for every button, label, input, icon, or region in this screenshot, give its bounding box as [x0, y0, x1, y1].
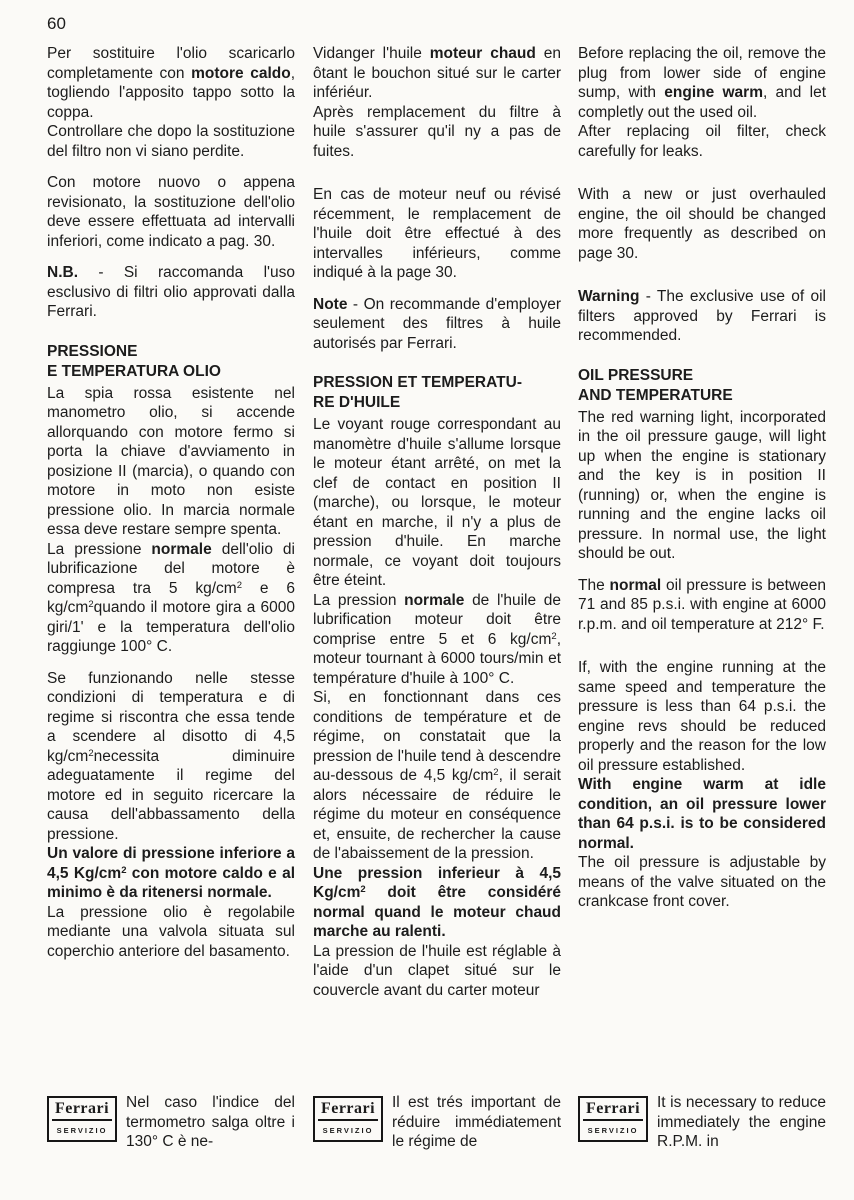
paragraph-gap — [47, 161, 295, 173]
paragraph: Before replacing the oil, remove the plu… — [578, 44, 826, 122]
paragraph-gap — [313, 161, 561, 185]
paragraph-gap — [47, 657, 295, 669]
ferrari-servizio-logo: Ferrari SERVIZIO — [578, 1096, 648, 1142]
paragraph: En cas de moteur neuf ou révisé récemmen… — [313, 185, 561, 283]
paragraph-gap — [313, 283, 561, 295]
paragraph: With engine warm at idle condition, an o… — [578, 775, 826, 853]
section-heading-line: PRESSION ET TEMPERATU- — [313, 373, 561, 393]
paragraph: Un valore di pressione inferiore a 4,5 K… — [47, 844, 295, 903]
servizio-logo-text: SERVIZIO — [52, 1121, 112, 1137]
servizio-logo-text: SERVIZIO — [318, 1121, 378, 1137]
paragraph: With a new or just overhauled engine, th… — [578, 185, 826, 263]
section-heading-line: RE D'HUILE — [313, 393, 561, 413]
paragraph-gap — [578, 346, 826, 358]
paragraph-gap — [578, 263, 826, 287]
paragraph: Vidanger l'huile moteur chaud en ôtant l… — [313, 44, 561, 103]
paragraph: Note - On recommande d'employer seulemen… — [313, 295, 561, 354]
section-heading: OIL PRESSUREAND TEMPERATURE — [578, 366, 826, 406]
paragraph: The oil pressure is adjustable by means … — [578, 853, 826, 912]
footnote-italian: Ferrari SERVIZIO Nel caso l'indice del t… — [47, 1093, 295, 1152]
paragraph: La spia rossa esistente nel manometro ol… — [47, 384, 295, 540]
paragraph: Le voyant rouge correspondant au manomèt… — [313, 415, 561, 591]
section-heading-line: E TEMPERATURA OLIO — [47, 362, 295, 382]
paragraph-gap — [47, 322, 295, 334]
section-heading: PRESSIONEE TEMPERATURA OLIO — [47, 342, 295, 382]
paragraph: Se funzionando nelle stesse condizioni d… — [47, 669, 295, 845]
paragraph: Après remplacement du filtre à huile s'a… — [313, 103, 561, 162]
column-italian: Per sostituire l'olio scaricarlo complet… — [47, 44, 295, 961]
manual-page: 60 Per sostituire l'olio scaricarlo comp… — [0, 0, 854, 1200]
paragraph-gap — [578, 161, 826, 185]
footnote-french: Ferrari SERVIZIO Il est trés important d… — [313, 1093, 561, 1152]
column-french: Vidanger l'huile moteur chaud en ôtant l… — [313, 44, 561, 1000]
paragraph: Si, en fonctionnant dans ces conditions … — [313, 688, 561, 864]
paragraph: The normal oil pressure is between 71 an… — [578, 576, 826, 635]
ferrari-logo-text: Ferrari — [583, 1099, 643, 1121]
paragraph: N.B. - Si raccomanda l'uso esclusivo di … — [47, 263, 295, 322]
paragraph-gap — [313, 353, 561, 365]
servizio-logo-text: SERVIZIO — [583, 1121, 643, 1137]
ferrari-servizio-logo: Ferrari SERVIZIO — [313, 1096, 383, 1142]
paragraph: After replacing oil filter, check carefu… — [578, 122, 826, 161]
footnote-english: Ferrari SERVIZIO It is necessary to redu… — [578, 1093, 826, 1152]
paragraph: La pression normale de l'huile de lubrif… — [313, 591, 561, 689]
paragraph: La pression de l'huile est réglable à l'… — [313, 942, 561, 1001]
section-heading-line: PRESSIONE — [47, 342, 295, 362]
section-heading-line: AND TEMPERATURE — [578, 386, 826, 406]
page-number: 60 — [47, 14, 66, 34]
paragraph: La pressione normale dell'olio di lubrif… — [47, 540, 295, 657]
section-heading-line: OIL PRESSURE — [578, 366, 826, 386]
paragraph-gap — [578, 634, 826, 658]
paragraph: Per sostituire l'olio scaricarlo complet… — [47, 44, 295, 122]
paragraph-gap — [578, 564, 826, 576]
paragraph: If, with the engine running at the same … — [578, 658, 826, 775]
column-english: Before replacing the oil, remove the plu… — [578, 44, 826, 912]
paragraph: Une pression inferieur à 4,5 Kg/cm2 doit… — [313, 864, 561, 942]
section-heading: PRESSION ET TEMPERATU-RE D'HUILE — [313, 373, 561, 413]
ferrari-logo-text: Ferrari — [52, 1099, 112, 1121]
paragraph: Con motore nuovo o appena revisionato, l… — [47, 173, 295, 251]
paragraph: Warning - The exclusive use of oil filte… — [578, 287, 826, 346]
paragraph: La pressione olio è regolabile mediante … — [47, 903, 295, 962]
paragraph-gap — [47, 251, 295, 263]
paragraph: Controllare che dopo la sostituzione del… — [47, 122, 295, 161]
ferrari-logo-text: Ferrari — [318, 1099, 378, 1121]
ferrari-servizio-logo: Ferrari SERVIZIO — [47, 1096, 117, 1142]
paragraph: The red warning light, incorporated in t… — [578, 408, 826, 564]
